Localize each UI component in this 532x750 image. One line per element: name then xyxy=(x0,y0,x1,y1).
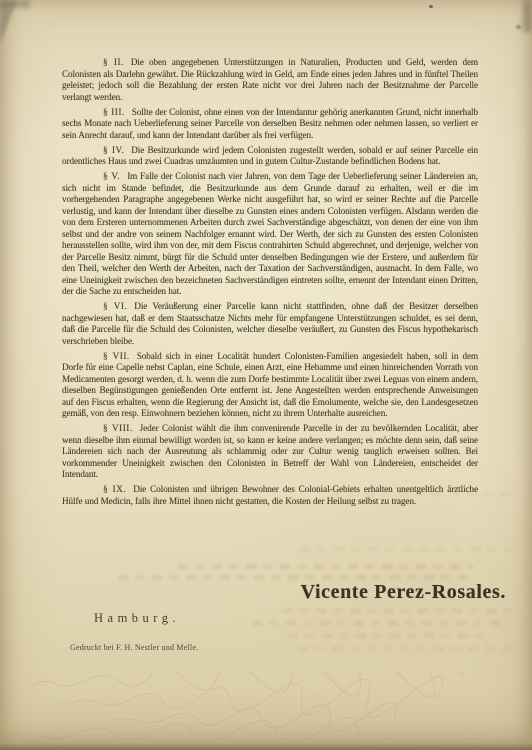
paper-bottom-edge xyxy=(0,743,532,750)
signature: Vicente Perez-Rosales. xyxy=(301,581,506,604)
paragraph-s6: § VI.Die Veräußerung einer Parcelle kann… xyxy=(62,301,478,347)
section-number: § VIII. xyxy=(103,423,140,433)
paragraph-s4: § IV.Die Besitzurkunde wird jedem Coloni… xyxy=(62,145,478,168)
printer-imprint: Gedruckt bei F. H. Nestler und Melle. xyxy=(70,643,198,652)
section-number: § V. xyxy=(103,171,127,181)
paper-corner-stain xyxy=(523,0,532,32)
paragraph-s7: § VII.Sobald sich in einer Localität hun… xyxy=(62,351,478,420)
paper-sheet: § II.Die oben angegebenen Unterstützunge… xyxy=(0,0,532,750)
paragraph-s8: § VIII.Jeder Colonist wählt die ihm conv… xyxy=(62,423,478,481)
document-body: § II.Die oben angegebenen Unterstützunge… xyxy=(62,57,478,511)
paragraph-s3: § III.Sollte der Colonist, ohne einen vo… xyxy=(62,107,478,142)
section-text: Im Falle der Colonist nach vier Jahren, … xyxy=(62,171,478,296)
ink-speck xyxy=(516,25,521,29)
section-number: § IX. xyxy=(103,484,133,494)
bleedthrough-marks xyxy=(252,621,504,626)
bleedthrough-marks xyxy=(288,633,484,638)
section-number: § II. xyxy=(103,57,131,67)
section-number: § VII. xyxy=(103,351,137,361)
bleedthrough-marks xyxy=(282,608,518,613)
bleedthrough-marks xyxy=(300,547,510,552)
bleedthrough-marks xyxy=(178,564,474,569)
paper-corner-wear-edge xyxy=(0,0,30,8)
section-number: § VI. xyxy=(103,301,134,311)
bleedthrough-handwriting xyxy=(0,672,532,750)
place-line: Hamburg. xyxy=(94,611,180,626)
bleedthrough-marks xyxy=(330,492,510,497)
paragraph-s5: § V.Im Falle der Colonist nach vier Jahr… xyxy=(62,171,478,298)
section-number: § IV. xyxy=(103,145,131,155)
section-number: § III. xyxy=(103,107,132,117)
ink-speck xyxy=(429,5,433,8)
bleedthrough-marks xyxy=(298,646,520,651)
bleedthrough-marks xyxy=(118,575,470,580)
paragraph-s2: § II.Die oben angegebenen Unterstützunge… xyxy=(62,57,478,103)
